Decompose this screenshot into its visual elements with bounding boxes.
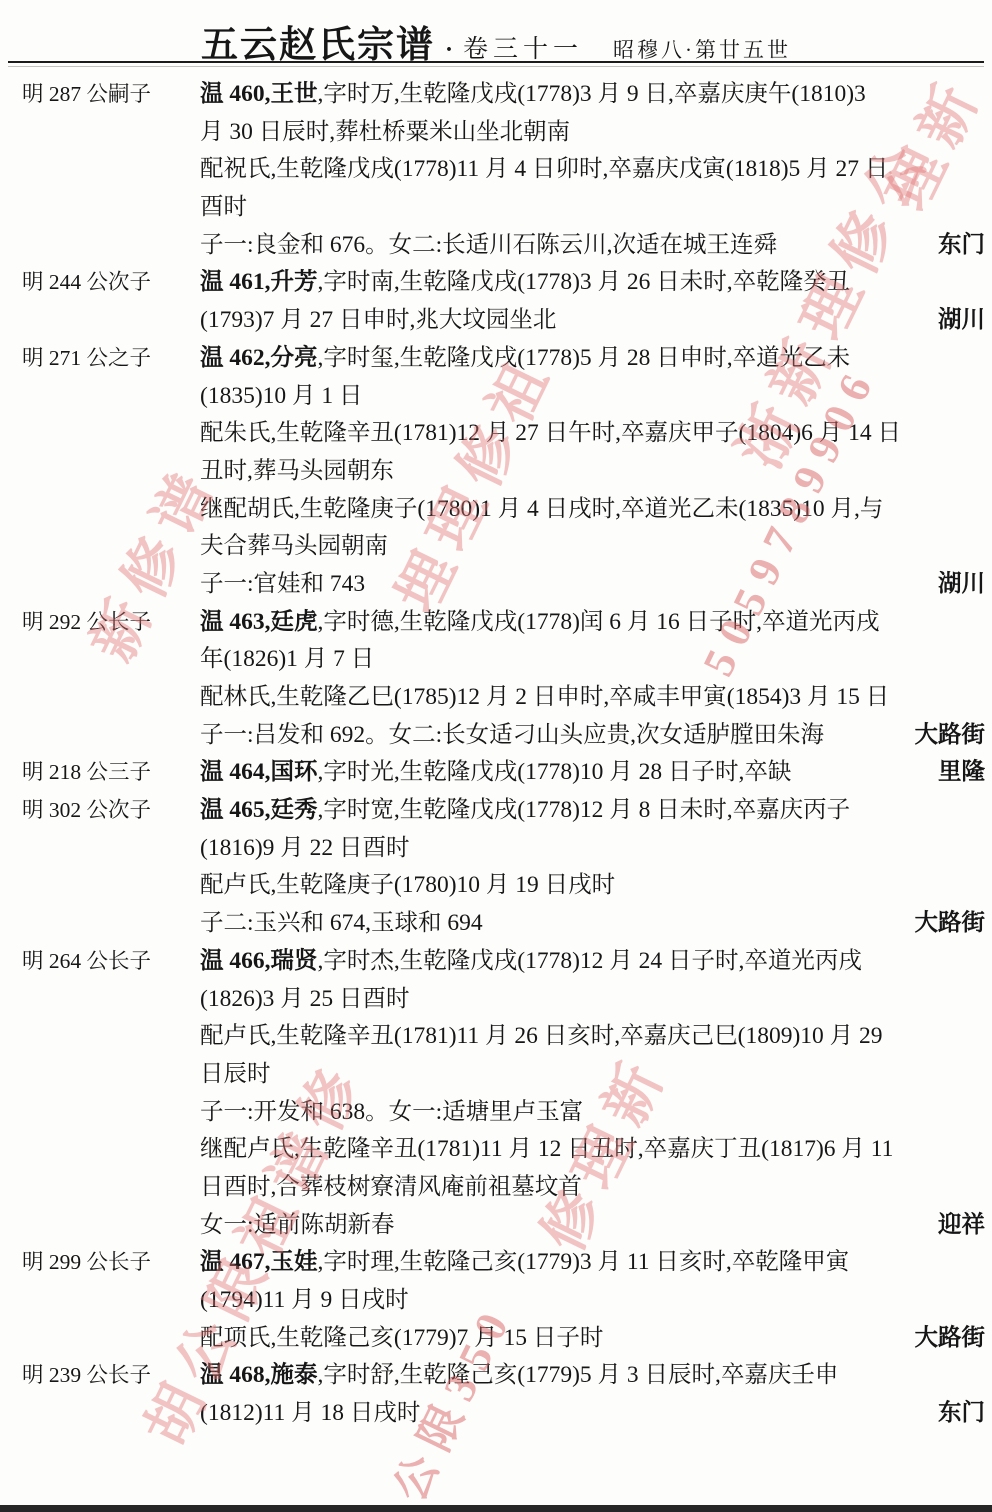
entry-text: (1812)11 月 18 日戌时 — [200, 1400, 420, 1426]
entry-text: 月 30 日辰时,葬杜桥粟米山坐北朝南 — [200, 119, 570, 145]
entry-line: 酉时 — [200, 189, 985, 227]
entry-text: 配项氏,生乾隆己亥(1779)7 月 15 日子时 — [200, 1325, 603, 1351]
entry-label: 明 271 公之子 — [0, 340, 200, 604]
entry-line: 子一:吕发和 692。女二:长女适刁山头应贵,次女适胪膛田朱海大路街 — [200, 717, 985, 755]
entry-line: (1816)9 月 22 日酉时 — [200, 830, 985, 868]
entry-line: 温 464,国环,字时光,生乾隆戊戌(1778)10 月 28 日子时,卒缺里隆 — [200, 754, 985, 792]
entry-text: 子一:开发和 638。女一:适塘里卢玉富 — [200, 1099, 583, 1125]
person-id-and-name: 温 467,玉娃 — [200, 1249, 318, 1275]
entry-line: 丑时,葬马头园朝东 — [200, 453, 985, 491]
entry-line: (1812)11 月 18 日戌时东门 — [200, 1395, 985, 1433]
genealogy-entry: 明 287 公嗣子温 460,王世,字时万,生乾隆戊戌(1778)3 月 9 日… — [0, 76, 992, 264]
genealogy-entry: 明 292 公长子温 463,廷虎,字时德,生乾隆戊戌(1778)闰 6 月 1… — [0, 604, 992, 755]
entry-text: 配卢氏,生乾隆辛丑(1781)11 月 26 日亥时,卒嘉庆己巳(1809)10… — [200, 1023, 883, 1049]
entry-lines: 温 463,廷虎,字时德,生乾隆戊戌(1778)闰 6 月 16 日子时,卒道光… — [200, 604, 992, 755]
person-id-and-name: 温 463,廷虎 — [200, 609, 318, 635]
entry-text: 配朱氏,生乾隆辛丑(1781)12 月 27 日午时,卒嘉庆甲子(1804)6 … — [200, 420, 901, 446]
entry-line: 子一:开发和 638。女一:适塘里卢玉富 — [200, 1094, 985, 1132]
entry-text: (1794)11 月 9 日戌时 — [200, 1287, 409, 1313]
entry-text: 继配卢氏,生乾隆辛丑(1781)11 月 12 日丑时,卒嘉庆丁丑(1817)6… — [200, 1136, 893, 1162]
entry-text: 日酉时,合葬枝树寮清风庵前祖墓坟首 — [200, 1174, 582, 1200]
place-tag: 东门 — [938, 1395, 985, 1433]
entry-label: 明 299 公长子 — [0, 1244, 200, 1357]
place-tag: 大路街 — [915, 717, 986, 755]
scan-bottom-edge — [0, 1505, 992, 1512]
place-tag: 大路街 — [915, 905, 986, 943]
entry-line: 日酉时,合葬枝树寮清风庵前祖墓坟首 — [200, 1169, 985, 1207]
entry-text: 配卢氏,生乾隆庚子(1780)10 月 19 日戌时 — [200, 872, 615, 898]
entry-line: 继配卢氏,生乾隆辛丑(1781)11 月 12 日丑时,卒嘉庆丁丑(1817)6… — [200, 1131, 985, 1169]
entry-label: 明 302 公次子 — [0, 792, 200, 943]
person-id-and-name: 温 460,王世 — [200, 81, 318, 107]
entry-text: 女一:适前陈胡新春 — [200, 1212, 395, 1238]
entry-text: ,字时舒,生乾隆己亥(1779)5 月 3 日辰时,卒嘉庆壬申 — [318, 1362, 839, 1388]
entry-text: 配祝氏,生乾隆戊戌(1778)11 月 4 日卯时,卒嘉庆戊寅(1818)5 月… — [200, 156, 888, 182]
entry-text: ,字时万,生乾隆戊戌(1778)3 月 9 日,卒嘉庆庚午(1810)3 — [318, 81, 866, 107]
entry-line: (1793)7 月 27 日申时,兆大坟园坐北湖川 — [200, 302, 985, 340]
entry-text: 丑时,葬马头园朝东 — [200, 458, 394, 484]
entry-text: 子一:良金和 676。女二:长适川石陈云川,次适在城王连舜 — [200, 232, 777, 258]
entry-line: (1794)11 月 9 日戌时 — [200, 1282, 985, 1320]
entry-line: 温 462,分亮,字时玺,生乾隆戊戌(1778)5 月 28 日申时,卒道光乙未 — [200, 340, 985, 378]
entry-text: 配林氏,生乾隆乙巳(1785)12 月 2 日申时,卒咸丰甲寅(1854)3 月… — [200, 684, 889, 710]
entry-text: 年(1826)1 月 7 日 — [200, 646, 374, 672]
entry-text: (1793)7 月 27 日申时,兆大坟园坐北 — [200, 307, 556, 333]
entry-text: 酉时 — [200, 194, 247, 220]
entry-text: 子一:官娃和 743 — [200, 571, 365, 597]
entry-text: 日辰时 — [200, 1061, 271, 1087]
entry-lines: 温 465,廷秀,字时宽,生乾隆戊戌(1778)12 月 8 日未时,卒嘉庆丙子… — [200, 792, 992, 943]
entry-lines: 温 461,升芳,字时南,生乾隆戊戌(1778)3 月 26 日未时,卒乾隆癸丑… — [200, 264, 992, 339]
place-tag: 湖川 — [938, 566, 985, 604]
place-tag: 迎祥 — [938, 1207, 985, 1245]
entry-text: 子一:吕发和 692。女二:长女适刁山头应贵,次女适胪膛田朱海 — [200, 722, 824, 748]
genealogy-entry: 明 302 公次子温 465,廷秀,字时宽,生乾隆戊戌(1778)12 月 8 … — [0, 792, 992, 943]
entry-text: 夫合葬马头园朝南 — [200, 533, 388, 559]
genealogy-page: 理新浙新理修公5059789906埋理修祖新修谱修理新胡公限祖谱修公限350 五… — [0, 0, 992, 1512]
entry-label: 明 218 公三子 — [0, 754, 200, 792]
entry-line: 配林氏,生乾隆乙巳(1785)12 月 2 日申时,卒咸丰甲寅(1854)3 月… — [200, 679, 985, 717]
entry-text: ,字时杰,生乾隆戊戌(1778)12 月 24 日子时,卒道光丙戌 — [318, 948, 862, 974]
title-separator-dot: · — [445, 37, 453, 63]
entry-text: 子二:玉兴和 674,玉球和 694 — [200, 910, 483, 936]
entry-line: 子一:官娃和 743湖川 — [200, 566, 985, 604]
entry-line: 温 466,瑞贤,字时杰,生乾隆戊戌(1778)12 月 24 日子时,卒道光丙… — [200, 943, 985, 981]
entry-line: 子一:良金和 676。女二:长适川石陈云川,次适在城王连舜东门 — [200, 227, 985, 265]
entry-line: 夫合葬马头园朝南 — [200, 528, 985, 566]
entry-line: 日辰时 — [200, 1056, 985, 1094]
entry-label: 明 292 公长子 — [0, 604, 200, 755]
person-id-and-name: 温 461,升芳 — [200, 269, 318, 295]
entry-lines: 温 460,王世,字时万,生乾隆戊戌(1778)3 月 9 日,卒嘉庆庚午(18… — [200, 76, 992, 264]
entry-line: 女一:适前陈胡新春迎祥 — [200, 1207, 985, 1245]
entry-line: 年(1826)1 月 7 日 — [200, 641, 985, 679]
entry-line: 温 463,廷虎,字时德,生乾隆戊戌(1778)闰 6 月 16 日子时,卒道光… — [200, 604, 985, 642]
entry-line: 温 468,施泰,字时舒,生乾隆己亥(1779)5 月 3 日辰时,卒嘉庆壬申 — [200, 1357, 985, 1395]
genealogy-entry: 明 264 公长子温 466,瑞贤,字时杰,生乾隆戊戌(1778)12 月 24… — [0, 943, 992, 1245]
entry-text: (1826)3 月 25 日酉时 — [200, 986, 410, 1012]
volume-title: 卷三十一 — [463, 36, 583, 63]
genealogy-entry: 明 271 公之子温 462,分亮,字时玺,生乾隆戊戌(1778)5 月 28 … — [0, 340, 992, 604]
entry-line: 子二:玉兴和 674,玉球和 694大路街 — [200, 905, 985, 943]
person-id-and-name: 温 466,瑞贤 — [200, 948, 318, 974]
entry-line: 月 30 日辰时,葬杜桥粟米山坐北朝南 — [200, 114, 985, 152]
entry-line: 配项氏,生乾隆己亥(1779)7 月 15 日子时大路街 — [200, 1320, 985, 1358]
entry-line: 温 461,升芳,字时南,生乾隆戊戌(1778)3 月 26 日未时,卒乾隆癸丑 — [200, 264, 985, 302]
entry-line: 配朱氏,生乾隆辛丑(1781)12 月 27 日午时,卒嘉庆甲子(1804)6 … — [200, 415, 985, 453]
place-tag: 东门 — [938, 227, 985, 265]
section-title: 昭穆八·第廿五世 — [613, 38, 791, 62]
entry-line: 配卢氏,生乾隆辛丑(1781)11 月 26 日亥时,卒嘉庆己巳(1809)10… — [200, 1018, 985, 1056]
entry-text: (1816)9 月 22 日酉时 — [200, 835, 410, 861]
entry-lines: 温 467,玉娃,字时理,生乾隆己亥(1779)3 月 11 日亥时,卒乾隆甲寅… — [200, 1244, 992, 1357]
entry-lines: 温 466,瑞贤,字时杰,生乾隆戊戌(1778)12 月 24 日子时,卒道光丙… — [200, 943, 992, 1245]
entry-line: 温 467,玉娃,字时理,生乾隆己亥(1779)3 月 11 日亥时,卒乾隆甲寅 — [200, 1244, 985, 1282]
entry-lines: 温 468,施泰,字时舒,生乾隆己亥(1779)5 月 3 日辰时,卒嘉庆壬申(… — [200, 1357, 992, 1432]
entry-line: (1835)10 月 1 日 — [200, 378, 985, 416]
person-id-and-name: 温 468,施泰 — [200, 1362, 318, 1388]
book-title: 五云赵氏宗谱 — [201, 25, 435, 66]
header-rule — [8, 61, 984, 63]
entry-line: 继配胡氏,生乾隆庚子(1780)1 月 4 日戌时,卒道光乙未(1835)10 … — [200, 491, 985, 529]
place-tag: 湖川 — [938, 302, 985, 340]
entry-line: (1826)3 月 25 日酉时 — [200, 981, 985, 1019]
genealogy-entry: 明 239 公长子温 468,施泰,字时舒,生乾隆己亥(1779)5 月 3 日… — [0, 1357, 992, 1432]
entry-label: 明 239 公长子 — [0, 1357, 200, 1432]
genealogy-entry: 明 299 公长子温 467,玉娃,字时理,生乾隆己亥(1779)3 月 11 … — [0, 1244, 992, 1357]
person-id-and-name: 温 464,国环 — [200, 759, 318, 785]
place-tag: 大路街 — [915, 1320, 986, 1358]
entry-lines: 温 462,分亮,字时玺,生乾隆戊戌(1778)5 月 28 日申时,卒道光乙未… — [200, 340, 992, 604]
entry-text: ,字时玺,生乾隆戊戌(1778)5 月 28 日申时,卒道光乙未 — [318, 345, 851, 371]
person-id-and-name: 温 462,分亮 — [200, 345, 318, 371]
entry-line: 温 465,廷秀,字时宽,生乾隆戊戌(1778)12 月 8 日未时,卒嘉庆丙子 — [200, 792, 985, 830]
entry-text: 继配胡氏,生乾隆庚子(1780)1 月 4 日戌时,卒道光乙未(1835)10 … — [200, 496, 883, 522]
entry-line: 配卢氏,生乾隆庚子(1780)10 月 19 日戌时 — [200, 867, 985, 905]
page-header: 五云赵氏宗谱·卷三十一昭穆八·第廿五世 — [0, 14, 992, 68]
entry-text: (1835)10 月 1 日 — [200, 383, 363, 409]
entry-lines: 温 464,国环,字时光,生乾隆戊戌(1778)10 月 28 日子时,卒缺里隆 — [200, 754, 992, 792]
entry-text: ,字时理,生乾隆己亥(1779)3 月 11 日亥时,卒乾隆甲寅 — [318, 1249, 850, 1275]
entry-line: 温 460,王世,字时万,生乾隆戊戌(1778)3 月 9 日,卒嘉庆庚午(18… — [200, 76, 985, 114]
entry-label: 明 264 公长子 — [0, 943, 200, 1245]
entry-text: ,字时光,生乾隆戊戌(1778)10 月 28 日子时,卒缺 — [318, 759, 792, 785]
place-tag: 里隆 — [938, 754, 985, 792]
entries: 明 287 公嗣子温 460,王世,字时万,生乾隆戊戌(1778)3 月 9 日… — [0, 76, 992, 1433]
genealogy-entry: 明 244 公次子温 461,升芳,字时南,生乾隆戊戌(1778)3 月 26 … — [0, 264, 992, 339]
entry-label: 明 287 公嗣子 — [0, 76, 200, 264]
entry-text: ,字时宽,生乾隆戊戌(1778)12 月 8 日未时,卒嘉庆丙子 — [318, 797, 851, 823]
entry-label: 明 244 公次子 — [0, 264, 200, 339]
entry-text: ,字时德,生乾隆戊戌(1778)闰 6 月 16 日子时,卒道光丙戌 — [318, 609, 880, 635]
entry-line: 配祝氏,生乾隆戊戌(1778)11 月 4 日卯时,卒嘉庆戊寅(1818)5 月… — [200, 151, 985, 189]
entry-text: ,字时南,生乾隆戊戌(1778)3 月 26 日未时,卒乾隆癸丑 — [318, 269, 851, 295]
person-id-and-name: 温 465,廷秀 — [200, 797, 318, 823]
header-rule-shadow — [8, 66, 984, 67]
genealogy-entry: 明 218 公三子温 464,国环,字时光,生乾隆戊戌(1778)10 月 28… — [0, 754, 992, 792]
